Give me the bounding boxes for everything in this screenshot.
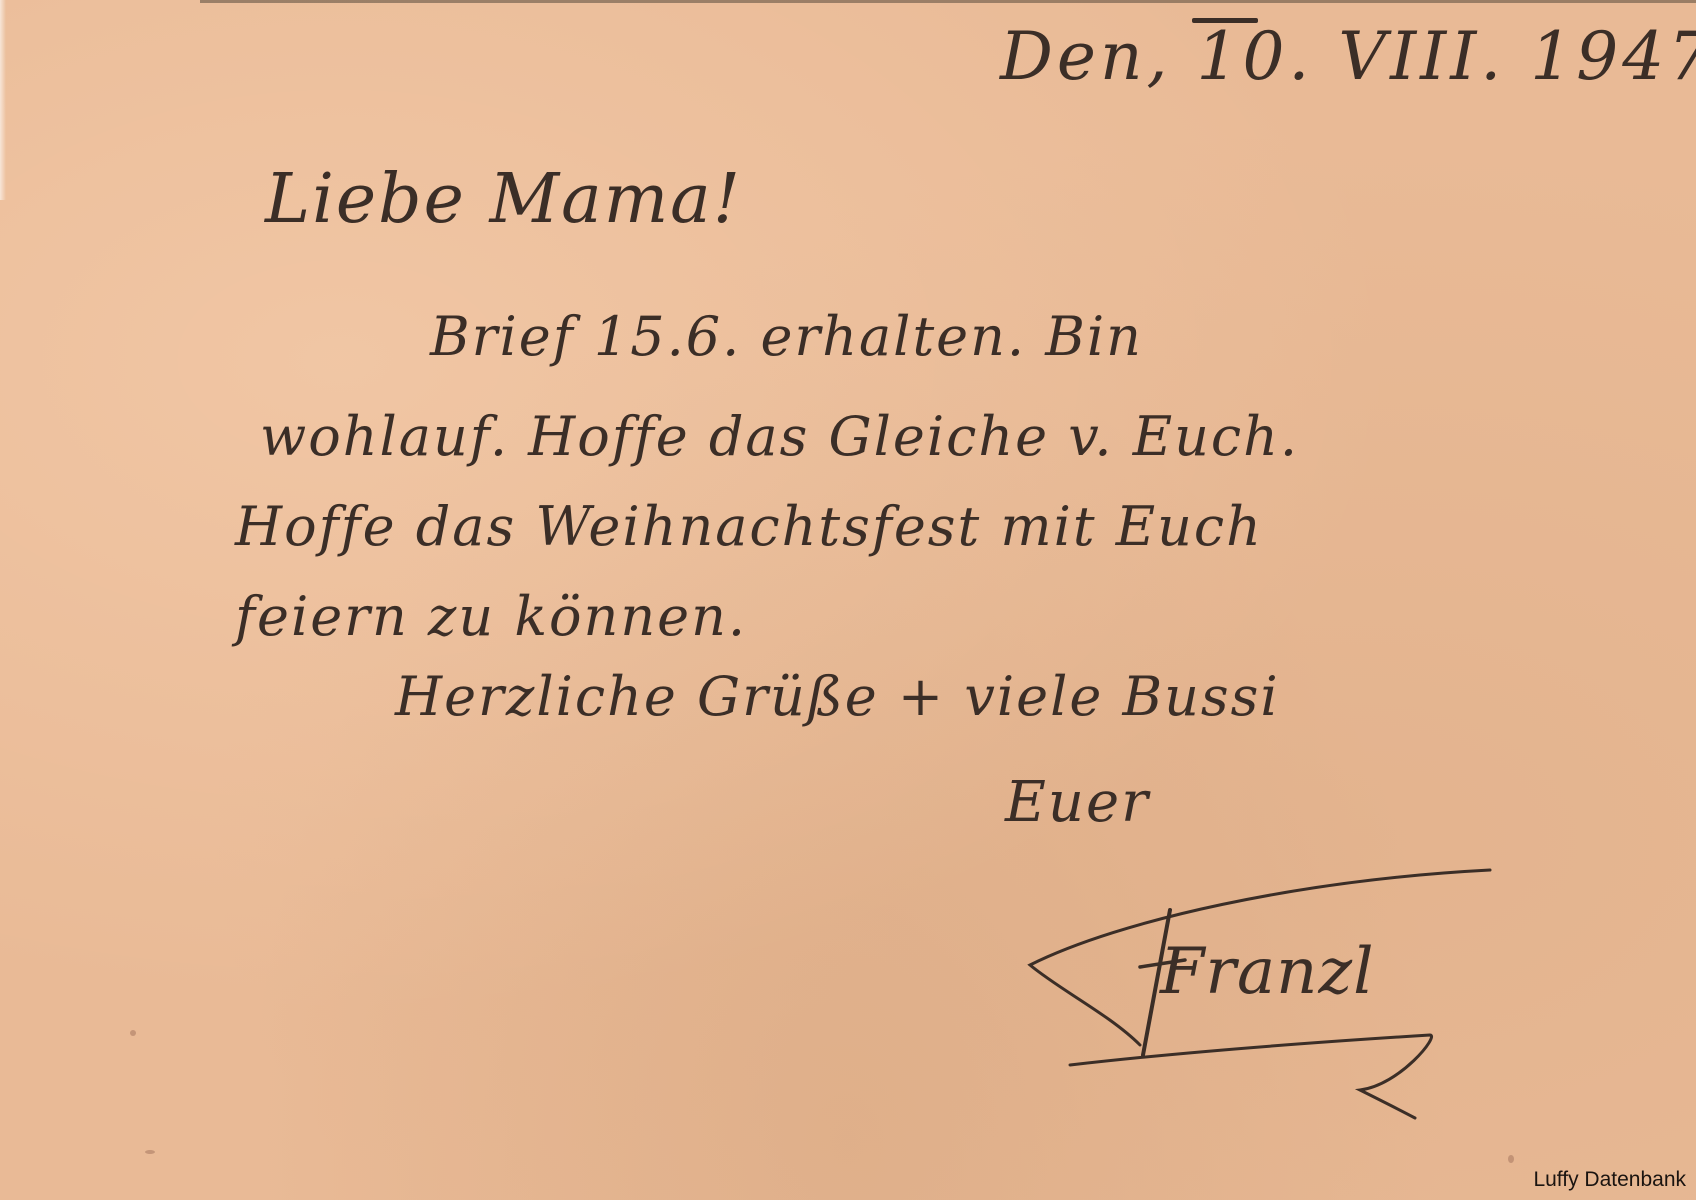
closing-line: Herzliche Grüße + viele Bussi [395, 665, 1280, 728]
roman-numeral-overline [1192, 18, 1258, 23]
date-month: VIII. [1338, 18, 1505, 95]
salutation: Liebe Mama! [265, 160, 742, 239]
date-line: Den, 10. VIII. 1947. [1000, 18, 1696, 95]
body-line: feiern zu können. [235, 585, 747, 648]
sign-prefix: Euer [1005, 770, 1150, 835]
date-year: 1947. [1530, 18, 1696, 95]
paper-speck [1508, 1155, 1514, 1163]
date-day: 10. [1196, 18, 1313, 95]
paper-speck [145, 1150, 155, 1154]
body-line: wohlauf. Hoffe das Gleiche v. Euch. [260, 405, 1299, 468]
signature: Franzl [1160, 935, 1375, 1009]
card-top-edge [200, 0, 1696, 3]
paper-speck [130, 1030, 136, 1036]
watermark: Luffy Datenbank [1533, 1168, 1686, 1192]
date-prefix: Den, [1000, 18, 1171, 95]
card-left-edge [0, 0, 6, 200]
body-line: Hoffe das Weihnachtsfest mit Euch [235, 495, 1263, 558]
body-line: Brief 15.6. erhalten. Bin [430, 305, 1143, 368]
postcard: Den, 10. VIII. 1947. Liebe Mama! Brief 1… [0, 0, 1696, 1200]
